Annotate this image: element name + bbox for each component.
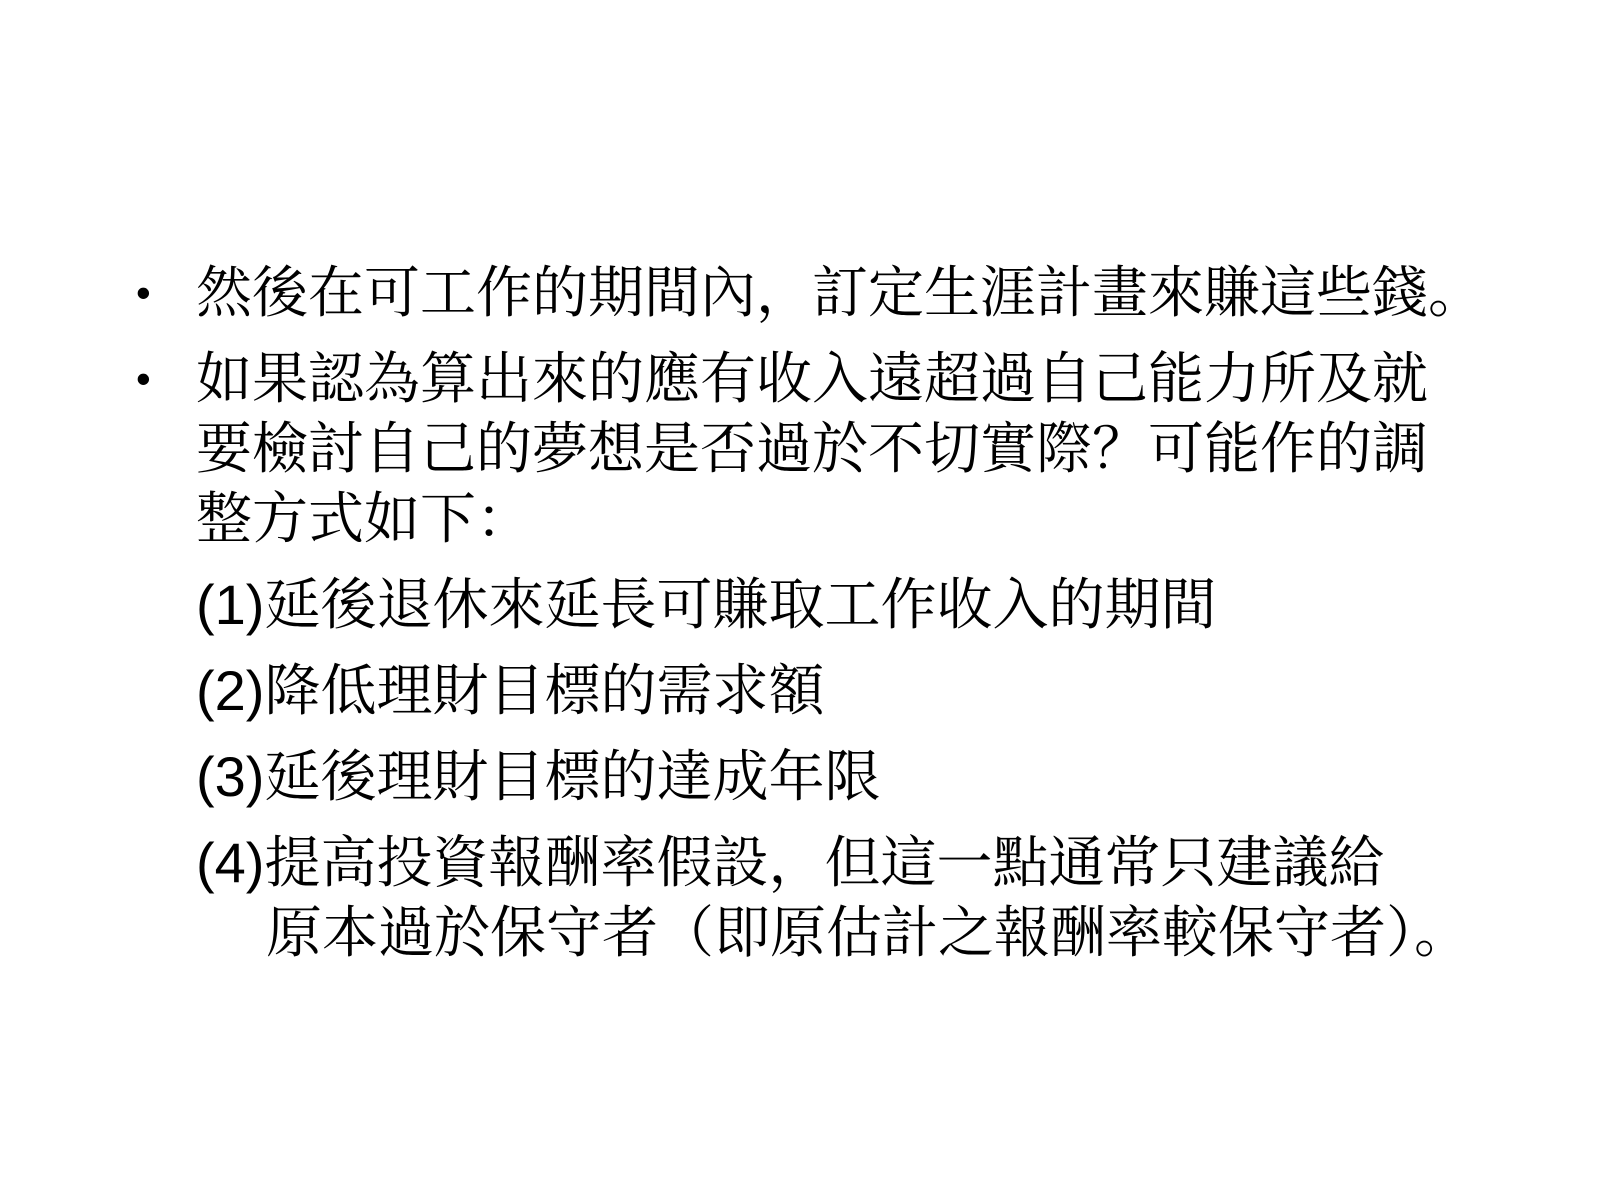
numbered-item-3-lines: (3)延後理財目標的達成年限 [196, 742, 1550, 812]
text-line: 要檢討自己的夢想是否過於不切實際？可能作的調 [196, 414, 1550, 484]
slide-content: • 然後在可工作的期間內，訂定生涯計畫來賺這些錢。 • 如果認為算出來的應有收入… [130, 258, 1550, 984]
bullet-item-1-lines: 然後在可工作的期間內，訂定生涯計畫來賺這些錢。 [196, 258, 1550, 328]
text-line: (4)提高投資報酬率假設，但這一點通常只建議給 [196, 828, 1550, 898]
bullet-item-1: • 然後在可工作的期間內，訂定生涯計畫來賺這些錢。 [130, 258, 1550, 328]
numbered-item-4-lines: (4)提高投資報酬率假設，但這一點通常只建議給 原本過於保守者（即原估計之報酬率… [196, 828, 1550, 968]
text-line: 整方式如下： [196, 484, 1550, 554]
numbered-item-2-lines: (2)降低理財目標的需求額 [196, 656, 1550, 726]
bullet-item-2-lines: 如果認為算出來的應有收入遠超過自己能力所及就 要檢討自己的夢想是否過於不切實際？… [196, 344, 1550, 554]
text-line: (3)延後理財目標的達成年限 [196, 742, 1550, 812]
numbered-item-4: (4)提高投資報酬率假設，但這一點通常只建議給 原本過於保守者（即原估計之報酬率… [196, 828, 1550, 968]
bullet-marker: • [130, 258, 196, 328]
bullet-marker: • [130, 344, 196, 414]
numbered-item-1: (1)延後退休來延長可賺取工作收入的期間 [196, 570, 1550, 640]
numbered-item-3: (3)延後理財目標的達成年限 [196, 742, 1550, 812]
numbered-item-1-lines: (1)延後退休來延長可賺取工作收入的期間 [196, 570, 1550, 640]
text-line: 然後在可工作的期間內，訂定生涯計畫來賺這些錢。 [196, 258, 1550, 328]
text-line: 如果認為算出來的應有收入遠超過自己能力所及就 [196, 344, 1550, 414]
text-line: (1)延後退休來延長可賺取工作收入的期間 [196, 570, 1550, 640]
text-line: 原本過於保守者（即原估計之報酬率較保守者）。 [196, 898, 1550, 968]
text-line: (2)降低理財目標的需求額 [196, 656, 1550, 726]
bullet-item-2: • 如果認為算出來的應有收入遠超過自己能力所及就 要檢討自己的夢想是否過於不切實… [130, 344, 1550, 554]
presentation-slide: • 然後在可工作的期間內，訂定生涯計畫來賺這些錢。 • 如果認為算出來的應有收入… [0, 0, 1600, 1200]
numbered-item-2: (2)降低理財目標的需求額 [196, 656, 1550, 726]
